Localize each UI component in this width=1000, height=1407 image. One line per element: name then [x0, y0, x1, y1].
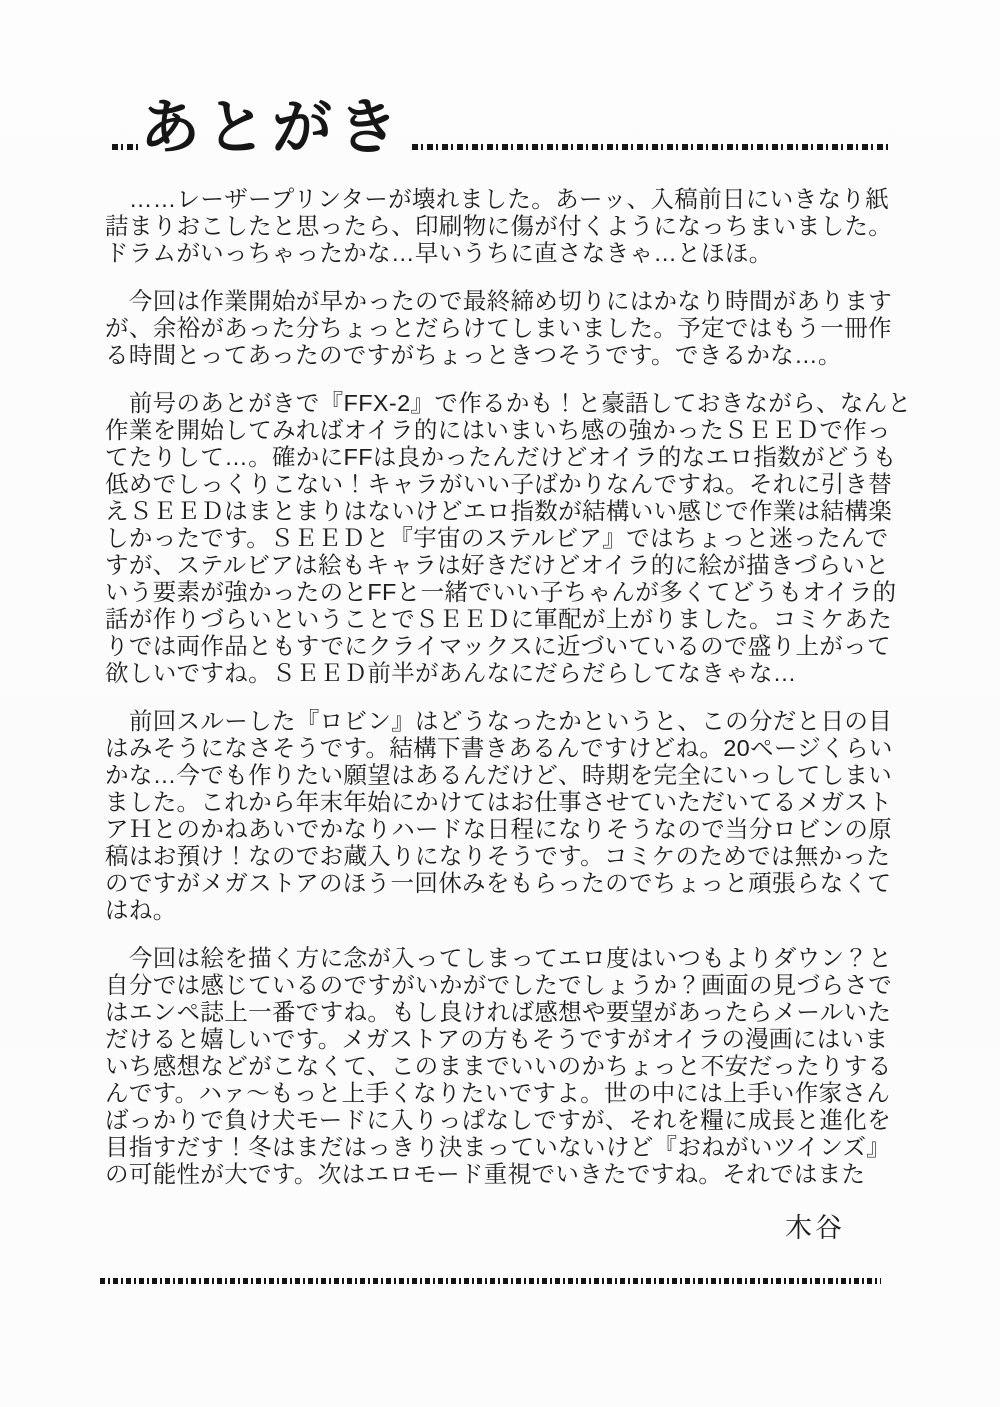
page-title: あとがき: [140, 94, 404, 162]
title-dashed-rule: [412, 144, 888, 150]
text-line: 目指すだす！冬はまだはっきり決まっていないけど『おねがいツインズ』: [105, 1134, 897, 1161]
text-line: 詰まりおこしたと思ったら、印刷物に傷が付くようになっちまいました。: [105, 213, 897, 240]
text-line: 低めでしっくりこない！キャラがいい子ばかりなんですね。それに引き替: [105, 471, 897, 498]
text-line: アＨとのかねあいでかなりハードな日程になりそうなので当分ロビンの原: [105, 816, 897, 843]
text-line: んです。ハァ～もっと上手くなりたいですよ。世の中には上手い作家さん: [105, 1080, 897, 1107]
paragraph: 今回は絵を描く方に念が入ってしまってエロ度はいつもよりダウン？と自分では感じてい…: [105, 945, 897, 1188]
text-line: 前回スルーした『ロビン』はどうなったかというと、この分だと日の目: [105, 708, 897, 735]
text-line: 欲しいですね。ＳＥＥＤ前半があんなにだらだらしてなきゃな…: [105, 660, 897, 687]
page-header: あとがき: [112, 94, 888, 162]
text-line: すが、ステルビアは絵もキャラは好きだけどオイラ的に絵が描きづらいと: [105, 552, 897, 579]
text-line: いう要素が強かったのとFFと一緒でいい子ちゃんが多くてどうもオイラ的: [105, 579, 897, 606]
title-leading-dash-icon: [112, 144, 138, 150]
text-line: かな…今でも作りたい願望はあるんだけど、時期を完全にいっしてしまい: [105, 762, 897, 789]
text-line: 稿はお預け！なのでお蔵入りになりそうです。コミケのためでは無かった: [105, 843, 897, 870]
text-line: はみそうになさそうです。結構下書きあるんですけどね。20ページくらい: [105, 735, 897, 762]
author-signature: 木谷: [785, 1212, 845, 1244]
text-line: いち感想などがこなくて、このままでいいのかちょっと不安だったりする: [105, 1053, 897, 1080]
text-line: はエンペ誌上一番ですね。もし良ければ感想や要望があったらメールいた: [105, 999, 897, 1026]
text-line: てたりして…。確かにFFは良かったんだけどオイラ的なエロ指数がどうも: [105, 444, 897, 471]
text-line: だけると嬉しいです。メガストアの方もそうですがオイラの漫画にはいま: [105, 1026, 897, 1053]
text-line: ドラムがいっちゃったかな…早いうちに直さなきゃ…とほほ。: [105, 240, 897, 267]
text-line: えＳＥＥＤはまとまりはないけどエロ指数が結構いい感じで作業は結構楽: [105, 498, 897, 525]
text-line: 今回は絵を描く方に念が入ってしまってエロ度はいつもよりダウン？と: [105, 945, 897, 972]
footer-dashed-rule: [100, 1278, 881, 1284]
text-line: の可能性が大です。次はエロモード重視でいきたですね。それではまた: [105, 1161, 897, 1188]
text-line: 今回は作業開始が早かったので最終締め切りにはかなり時間があります: [105, 288, 897, 315]
paragraph: 前号のあとがきで『FFX-2』で作るかも！と豪語しておきながら、なんと作業を開始…: [105, 390, 897, 687]
paragraph: 今回は作業開始が早かったので最終締め切りにはかなり時間がありますが、余裕があった…: [105, 288, 897, 369]
text-line: 作業を開始してみればオイラ的にはいまいち感の強かったＳＥＥＤで作っ: [105, 417, 897, 444]
text-line: る時間とってあったのですがちょっときつそうです。できるかな…。: [105, 342, 897, 369]
paragraph: ……レーザープリンターが壊れました。あーッ、入稿前日にいきなり紙詰まりおこしたと…: [105, 186, 897, 267]
text-line: ……レーザープリンターが壊れました。あーッ、入稿前日にいきなり紙: [105, 186, 897, 213]
text-line: のですがメガストアのほう一回休みをもらったのでちょっと頑張らなくて: [105, 870, 897, 897]
text-line: ばっかりで負け犬モードに入りっぱなしですが、それを糧に成長と進化を: [105, 1107, 897, 1134]
afterword-body: ……レーザープリンターが壊れました。あーッ、入稿前日にいきなり紙詰まりおこしたと…: [105, 186, 897, 1209]
text-line: しかったです。ＳＥＥＤと『宇宙のステルビア』ではちょっと迷ったんで: [105, 525, 897, 552]
text-line: ました。これから年末年始にかけてはお仕事させていただいてるメガスト: [105, 789, 897, 816]
text-line: 話が作りづらいということでＳＥＥＤに軍配が上がりました。コミケあた: [105, 606, 897, 633]
text-line: 自分では感じているのですがいかがでしたでしょうか？画面の見づらさで: [105, 972, 897, 999]
afterword-page: あとがき ……レーザープリンターが壊れました。あーッ、入稿前日にいきなり紙詰まり…: [0, 0, 1000, 1407]
text-line: りでは両作品ともすでにクライマックスに近づいているので盛り上がって: [105, 633, 897, 660]
text-line: が、余裕があった分ちょっとだらけてしまいました。予定ではもう一冊作: [105, 315, 897, 342]
paragraph: 前回スルーした『ロビン』はどうなったかというと、この分だと日の目はみそうになさそ…: [105, 708, 897, 924]
text-line: 前号のあとがきで『FFX-2』で作るかも！と豪語しておきながら、なんと: [105, 390, 897, 417]
text-line: はね。: [105, 897, 897, 924]
